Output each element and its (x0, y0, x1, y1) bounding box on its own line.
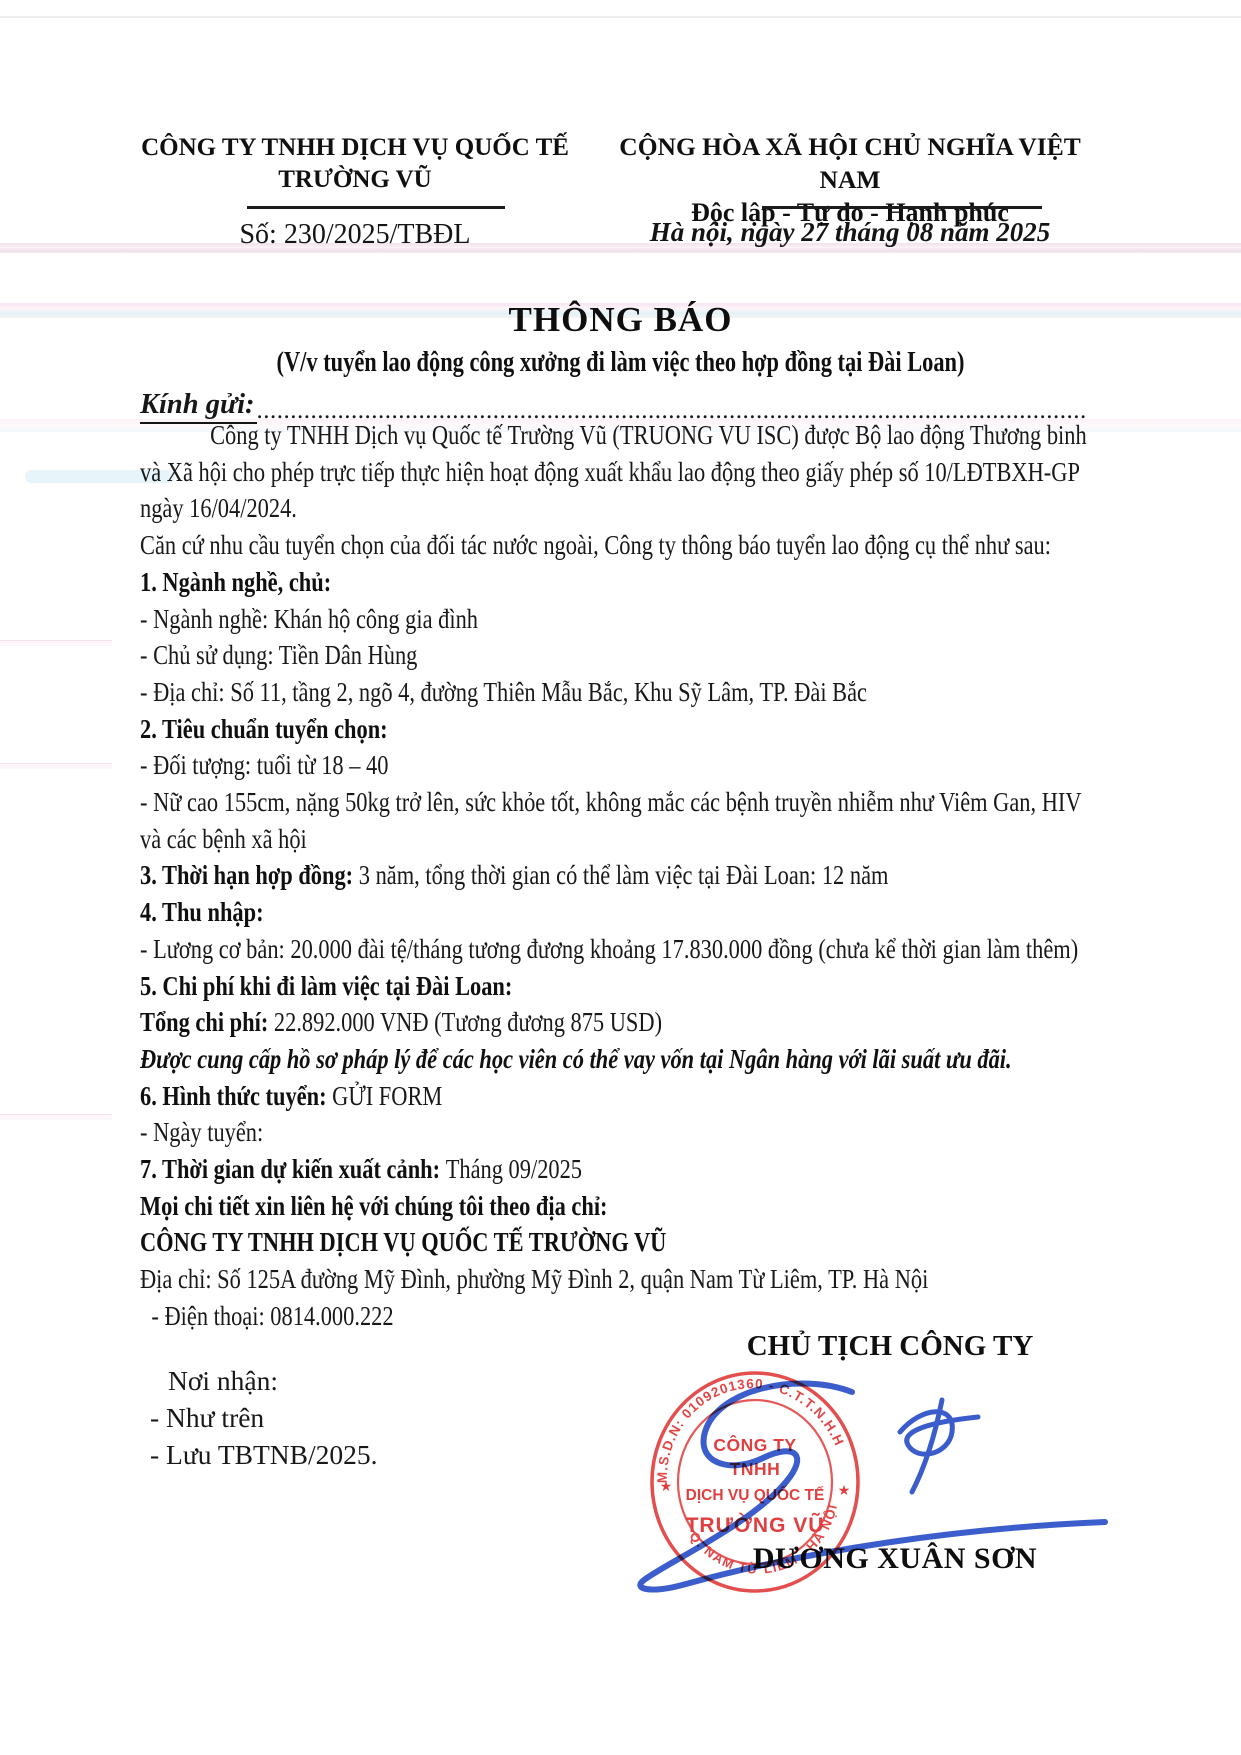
text-segment: ngày 16/04/2024. (140, 492, 297, 523)
document-body: Công ty TNHH Dịch vụ Quốc tế Trường Vũ (… (140, 417, 1232, 1335)
divider-rule (247, 206, 505, 209)
document-line: và các bệnh xã hội (140, 821, 1232, 858)
document-line: 1. Ngành nghề, chủ: (140, 564, 1232, 601)
text-segment: 5. Chi phí khi đi làm việc tại Đài Loan: (140, 970, 512, 1001)
document-line: - Ngày tuyển: (140, 1114, 1232, 1151)
document-title: THÔNG BÁO (0, 300, 1241, 340)
text-segment: 2. Tiêu chuẩn tuyển chọn: (140, 713, 388, 744)
text-segment: 3 năm, tổng thời gian có thể làm việc tạ… (359, 859, 889, 890)
text-segment: - Địa chỉ: Số 11, tầng 2, ngõ 4, đường T… (140, 676, 867, 707)
document-line: - Ngành nghề: Khán hộ công gia đình (140, 601, 1232, 638)
national-header: CỘNG HÒA XÃ HỘI CHỦ NGHĨA VIỆT NAM Độc l… (595, 130, 1105, 229)
text-segment: Tháng 09/2025 (446, 1153, 582, 1184)
recipient-item: - Như trên (150, 1399, 378, 1436)
document-line: Tổng chi phí: 22.892.000 VNĐ (Tương đươn… (140, 1004, 1232, 1041)
text-segment: và Xã hội cho phép trực tiếp thực hiện h… (140, 456, 1080, 487)
document-line: 4. Thu nhập: (140, 894, 1232, 931)
text-segment: - Ngành nghề: Khán hộ công gia đình (140, 603, 478, 634)
document-line: 6. Hình thức tuyển: GỬI FORM (140, 1078, 1232, 1115)
document-line: và Xã hội cho phép trực tiếp thực hiện h… (140, 454, 1232, 491)
text-segment: GỬI FORM (332, 1080, 442, 1111)
document-line: 2. Tiêu chuẩn tuyển chọn: (140, 711, 1232, 748)
recipients-title: Nơi nhận: (150, 1362, 378, 1399)
document-line: - Lương cơ bản: 20.000 đài tệ/tháng tươn… (140, 931, 1232, 968)
document-line: - Đối tượng: tuổi từ 18 – 40 (140, 747, 1232, 784)
text-segment: 1. Ngành nghề, chủ: (140, 566, 331, 597)
text-segment: Địa chỉ: Số 125A đường Mỹ Đình, phường M… (140, 1263, 928, 1294)
company-header: CÔNG TY TNHH DỊCH VỤ QUỐC TẾ TRƯỜNG VŨ (120, 132, 590, 196)
document-number: Số: 230/2025/TBĐL (120, 219, 590, 251)
document-line: ngày 16/04/2024. (140, 490, 1232, 527)
text-segment: CÔNG TY TNHH DỊCH VỤ QUỐC TẾ TRƯỜNG VŨ (140, 1226, 666, 1257)
text-segment: 6. Hình thức tuyển: (140, 1080, 332, 1111)
text-segment: 7. Thời gian dự kiến xuất cảnh: (140, 1153, 446, 1184)
document-line: Địa chỉ: Số 125A đường Mỹ Đình, phường M… (140, 1261, 1232, 1298)
text-segment: - Chủ sử dụng: Tiền Dân Hùng (140, 639, 417, 670)
text-segment: Căn cứ nhu cầu tuyển chọn của đối tác nư… (140, 529, 1051, 560)
document-line: Căn cứ nhu cầu tuyển chọn của đối tác nư… (140, 527, 1232, 564)
document-subtitle: (V/v tuyển lao động công xưởng đi làm vi… (124, 347, 1117, 379)
scan-artifact-line (0, 16, 1241, 18)
document-line: - Chủ sử dụng: Tiền Dân Hùng (140, 637, 1232, 674)
text-segment: - Đối tượng: tuổi từ 18 – 40 (140, 749, 388, 780)
divider-rule (762, 206, 1042, 209)
text-segment: Mọi chi tiết xin liên hệ với chúng tôi t… (140, 1190, 608, 1221)
text-segment: - Lương cơ bản: 20.000 đài tệ/tháng tươn… (140, 933, 1078, 964)
recipient-item: - Lưu TBTNB/2025. (150, 1436, 378, 1473)
scan-artifact-sliver (0, 1114, 112, 1120)
text-segment: - Ngày tuyển: (140, 1116, 263, 1147)
document-line: CÔNG TY TNHH DỊCH VỤ QUỐC TẾ TRƯỜNG VŨ (140, 1224, 1232, 1261)
text-segment: 22.892.000 VNĐ (Tương đương 875 USD) (274, 1006, 662, 1037)
document-line: 5. Chi phí khi đi làm việc tại Đài Loan: (140, 968, 1232, 1005)
date-line: Hà nội, ngày 27 tháng 08 năm 2025 (595, 217, 1105, 248)
text-segment: Tổng chi phí: (140, 1006, 274, 1037)
scan-artifact-sliver (0, 640, 112, 646)
document-line: - Địa chỉ: Số 11, tầng 2, ngõ 4, đường T… (140, 674, 1232, 711)
document-line: 7. Thời gian dự kiến xuất cảnh: Tháng 09… (140, 1151, 1232, 1188)
text-segment: - Nữ cao 155cm, nặng 50kg trở lên, sức k… (140, 786, 1082, 817)
text-segment: Được cung cấp hồ sơ pháp lý để các học v… (140, 1043, 1012, 1074)
signer-title: CHỦ TỊCH CÔNG TY (700, 1330, 1080, 1363)
text-segment: và các bệnh xã hội (140, 823, 307, 854)
document-line: Mọi chi tiết xin liên hệ với chúng tôi t… (140, 1188, 1232, 1225)
scan-artifact-sliver (0, 763, 112, 769)
text-segment: - Điện thoại: 0814.000.222 (151, 1300, 393, 1331)
text-segment: 3. Thời hạn hợp đồng: (140, 859, 359, 890)
document-line: 3. Thời hạn hợp đồng: 3 năm, tổng thời g… (140, 857, 1232, 894)
text-segment: Công ty TNHH Dịch vụ Quốc tế Trường Vũ (… (210, 419, 1087, 450)
scanned-document-page: CÔNG TY TNHH DỊCH VỤ QUỐC TẾ TRƯỜNG VŨ S… (0, 0, 1241, 1755)
document-line: Công ty TNHH Dịch vụ Quốc tế Trường Vũ (… (140, 417, 1232, 454)
recipients-block: Nơi nhận: - Như trên - Lưu TBTNB/2025. (150, 1362, 378, 1473)
company-name-line2: TRƯỜNG VŨ (120, 164, 590, 196)
document-line: Được cung cấp hồ sơ pháp lý để các học v… (140, 1041, 1232, 1078)
signature (600, 1370, 1120, 1610)
document-line: - Nữ cao 155cm, nặng 50kg trở lên, sức k… (140, 784, 1232, 821)
text-segment: 4. Thu nhập: (140, 896, 264, 927)
company-name-line1: CÔNG TY TNHH DỊCH VỤ QUỐC TẾ (120, 132, 590, 164)
national-motto-line1: CỘNG HÒA XÃ HỘI CHỦ NGHĨA VIỆT NAM (595, 130, 1105, 196)
